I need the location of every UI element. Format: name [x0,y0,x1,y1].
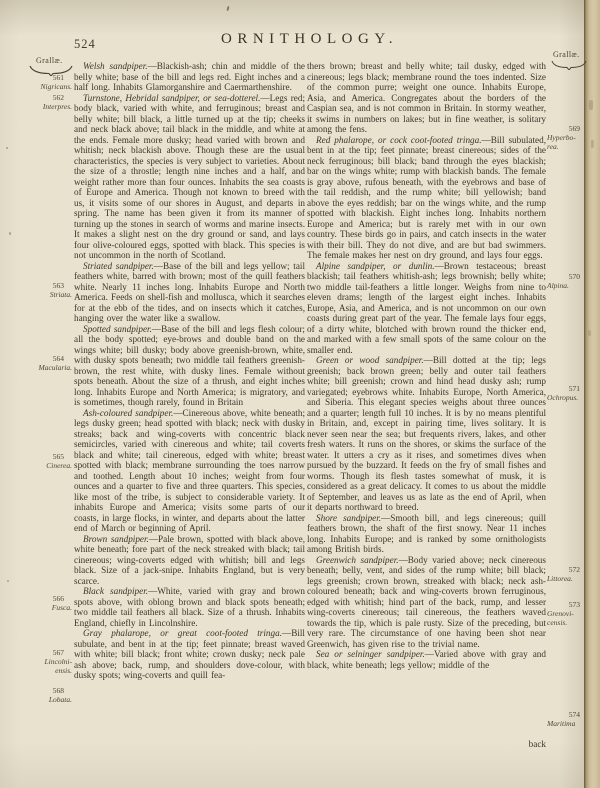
species-name-lead: Ash-coloured sandpiper. [83,408,173,418]
margin-note-562: 562 Interpres. [24,93,72,111]
margin-number: 573 [547,600,582,609]
species-name-lead: Gray phalarope, or great coot-footed tri… [83,628,282,638]
margin-number: 572 [547,565,582,574]
paper-speck [589,100,593,110]
species-name-lead: Brown sandpiper. [83,534,149,544]
margin-note-574: 574 Maritima [547,710,582,728]
species-paragraph-red-phalarope: Red phalarope, or cock coot-footed tring… [307,135,546,261]
species-paragraph-sea-sandpiper: Sea or selninger sandpiper.—Varied above… [307,649,546,670]
species-name-lead: Alpine sandpiper, or dunlin. [316,261,435,271]
species-name-lead: Sea or selninger sandpiper. [316,649,425,659]
margin-note-565: 565 Cinerea. [24,452,72,470]
paper-speck [9,232,11,235]
margin-note-568: 568 Lobata. [24,686,72,704]
margin-species-name: Macularia. [24,363,72,372]
book-edge-strip [584,0,600,788]
family-brace-icon [550,60,588,70]
species-paragraph-spotted-sandpiper: Spotted sandpiper.—Base of the bill and … [74,324,305,408]
species-paragraph-black-sandpiper: Black sandpiper.—White, varied with gray… [74,586,305,628]
species-paragraph-alpine-sandpiper: Alpine sandpiper, or dunlin.—Brown testa… [307,261,546,356]
paper-speck [591,140,594,148]
species-name-lead: Red phalarope, or cock coot-footed tring… [316,135,482,145]
species-description: —Brown testaceous; breast blackish; tail… [307,261,546,355]
margin-number: 571 [547,384,582,393]
species-name-lead: Welsh sandpiper. [83,61,148,71]
species-name-lead: Greenwich sandpiper. [316,555,399,565]
margin-species-name: Interpres. [24,102,72,111]
species-paragraph-greenwich-sandpiper: Greenwich sandpiper.—Body varied above; … [307,555,546,650]
margin-number: 565 [24,452,72,461]
margin-note-563: 563 Striata. [24,281,72,299]
species-name-lead: Black sandpiper. [83,586,148,596]
margin-species-name: Cinerea. [24,461,72,470]
species-description: —Bill dotted at the tip; legs greenish; … [307,355,546,512]
species-name-lead: Striated sandpiper. [83,261,154,271]
margin-species-name: Nigricans. [24,82,72,91]
species-description: —Body varied above; neck cinereous benea… [307,555,546,649]
species-description: thers brown; breast and belly white; tai… [307,61,546,134]
paper-speck [7,580,9,582]
species-paragraph-gray-phalarope: Gray phalarope, or great coot-footed tri… [74,628,305,681]
margin-number: 567 [24,648,72,657]
text-column-left: Welsh sandpiper.—Blackish-ash; chin and … [74,61,305,681]
paper-speck [588,330,591,336]
margin-note-570: 570 Alpina. [547,272,582,290]
species-paragraph-welsh-sandpiper: Welsh sandpiper.—Blackish-ash; chin and … [74,61,305,93]
margin-species-name: Striata. [24,290,72,299]
margin-species-name: Ochropus. [547,393,582,402]
species-name-lead: Shore sandpiper. [316,513,381,523]
species-paragraph-striated-sandpiper: Striated sandpiper.—Base of the bill and… [74,261,305,324]
margin-number: 561 [24,73,72,82]
species-paragraph-shore-sandpiper: Shore sandpiper.—Smooth bill, and legs c… [307,513,546,555]
margin-note-566: 566 Fusca. [24,594,72,612]
margin-number: 564 [24,354,72,363]
margin-species-name: Grenovi- censis. [547,609,582,627]
margin-species-name: Hyperbo- rea. [547,133,582,151]
margin-note-572: 572 Littorea. [547,565,582,583]
margin-note-564: 564 Macularia. [24,354,72,372]
family-label-right: Grallæ. [553,50,580,59]
catchword: back [307,739,546,749]
species-name-lead: Turnstone, Hebridal sandpiper, or sea-do… [83,93,260,103]
species-paragraph-continuation: thers brown; breast and belly white; tai… [307,61,546,135]
margin-species-name: Fusca. [24,603,72,612]
margin-number: 568 [24,686,72,695]
margin-note-567: 567 Lincolni- ensis. [24,648,72,675]
species-description: —Bill subulated, bent in at the tip; fee… [307,135,546,261]
paper-speck [6,147,8,149]
species-paragraph-turnstone: Turnstone, Hebridal sandpiper, or sea-do… [74,93,305,261]
margin-number: 562 [24,93,72,102]
margin-species-name: Littorea. [547,574,582,583]
species-paragraph-brown-sandpiper: Brown sandpiper.—Pale brown, spotted wit… [74,534,305,587]
family-label-left: Grallæ. [36,56,63,65]
species-description: —Cinereous above, white beneath; legs du… [74,408,305,534]
margin-note-571: 571 Ochropus. [547,384,582,402]
margin-number: 566 [24,594,72,603]
margin-number: 563 [24,281,72,290]
species-name-lead: Green or wood sandpiper. [316,355,424,365]
margin-note-573: 573 Grenovi- censis. [547,600,582,627]
margin-species-name: Lobata. [24,695,72,704]
species-name-lead: Spotted sandpiper. [83,324,152,334]
text-column-right: thers brown; breast and belly white; tai… [307,61,546,670]
margin-species-name: Lincolni- ensis. [24,657,72,675]
margin-species-name: Maritima [547,719,582,728]
species-paragraph-ash-coloured-sandpiper: Ash-coloured sandpiper.—Cinereous above,… [74,408,305,534]
margin-number: 569 [547,124,582,133]
margin-note-569: 569 Hyperbo- rea. [547,124,582,151]
margin-number: 574 [547,710,582,719]
running-head-title: ORNITHOLOGY. [74,31,545,48]
species-description: —Legs red; body black, varied with white… [74,93,305,261]
book-page-scan: 524 ORNITHOLOGY. Grallæ. 561 Nigricans. … [0,0,600,788]
species-paragraph-green-wood-sandpiper: Green or wood sandpiper.—Bill dotted at … [307,355,546,513]
margin-species-name: Alpina. [547,281,582,290]
margin-note-561: 561 Nigricans. [24,73,72,91]
species-description: —Base of the bill and legs flesh colour;… [74,324,305,408]
margin-number: 570 [547,272,582,281]
